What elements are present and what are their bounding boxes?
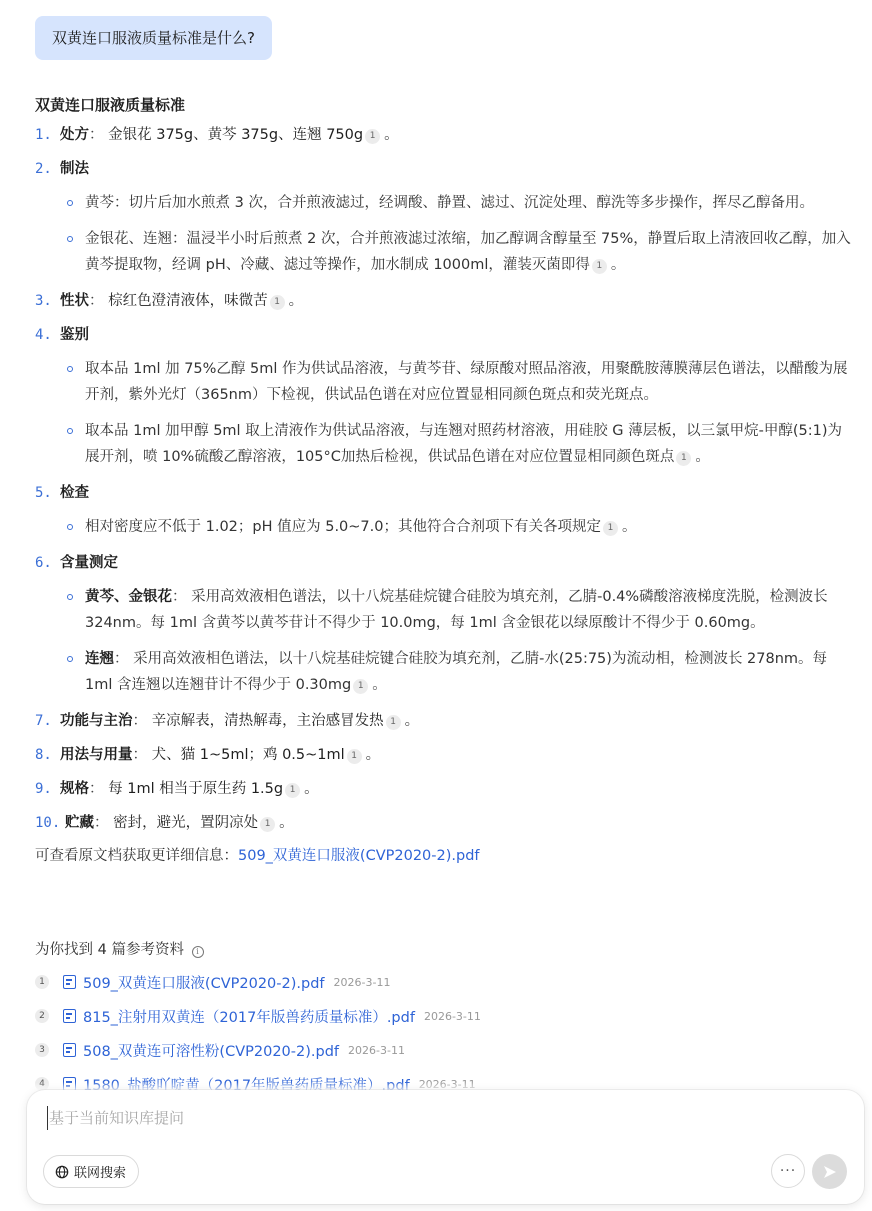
list-item-assay: 6. 含量测定 黄芩、金银花： 采用高效液相色谱法，以十八烷基硅烷键合硅胶为填充…	[35, 552, 855, 698]
separator: ：	[114, 651, 129, 667]
separator: ：	[89, 127, 104, 143]
reference-link[interactable]: 508_双黄连可溶性粉(CVP2020-2).pdf	[83, 1040, 339, 1061]
reference-item[interactable]: 2 815_注射用双黄连（2017年版兽药质量标准）.pdf 2026-3-11	[35, 999, 855, 1033]
sub-list-item: 连翘： 采用高效液相色谱法，以十八烷基硅烷键合硅胶为填充剂，乙腈-水(25:75…	[60, 646, 855, 698]
list-number: 6.	[35, 552, 52, 574]
item-label: 贮藏	[65, 815, 94, 831]
citation-badge[interactable]: 1	[285, 783, 300, 798]
more-options-button[interactable]: ···	[771, 1154, 805, 1188]
item-label: 制法	[60, 161, 89, 177]
list-number: 3.	[35, 290, 52, 312]
ellipsis-icon: ···	[780, 1163, 796, 1179]
list-number: 4.	[35, 324, 52, 346]
web-search-label: 联网搜索	[74, 1162, 126, 1181]
separator: ：	[89, 781, 104, 797]
citation-badge[interactable]: 1	[260, 817, 275, 832]
sub-item-text: 金银花、连翘：温浸半小时后煎煮 2 次，合并煎液滤过浓缩，加乙醇调含醇量至 75…	[85, 231, 851, 273]
send-icon	[822, 1164, 838, 1180]
list-item-appearance: 3. 性状： 棕红色澄清液体，味微苦1。	[35, 290, 855, 312]
send-button[interactable]	[812, 1154, 847, 1189]
list-item-storage: 10. 贮藏： 密封，避光，置阴凉处1。	[35, 812, 855, 834]
sub-list-item: 取本品 1ml 加 75%乙醇 5ml 作为供试品溶液，与黄芩苷、绿原酸对照品溶…	[60, 356, 855, 408]
list-number: 5.	[35, 482, 52, 504]
list-item-identification: 4. 鉴别 取本品 1ml 加 75%乙醇 5ml 作为供试品溶液，与黄芩苷、绿…	[35, 324, 855, 470]
list-item-preparation: 2. 制法 黄芩：切片后加水煎煮 3 次，合并煎液滤过，经调酸、静置、滤过、沉淀…	[35, 158, 855, 278]
separator: ：	[133, 713, 148, 729]
separator: ：	[133, 747, 148, 763]
citation-badge[interactable]: 1	[676, 451, 691, 466]
sub-list-item: 黄芩、金银花： 采用高效液相色谱法，以十八烷基硅烷键合硅胶为填充剂，乙腈-0.4…	[60, 584, 855, 636]
reference-link[interactable]: 815_注射用双黄连（2017年版兽药质量标准）.pdf	[83, 1006, 415, 1027]
chat-composer: 联网搜索 ···	[27, 1090, 864, 1204]
item-label: 检查	[60, 485, 89, 501]
answer-content: 双黄连口服液质量标准 1. 处方： 金银花 375g、黄芩 375g、连翘 75…	[35, 92, 855, 868]
punctuation: 。	[366, 747, 381, 763]
item-text: 犬、猫 1~5ml；鸡 0.5~1ml	[152, 747, 345, 763]
source-prefix: 可查看原文档获取更详细信息：	[35, 848, 238, 864]
bullet-icon	[67, 656, 73, 662]
sub-list-item: 取本品 1ml 加甲醇 5ml 取上清液作为供试品溶液，与连翘对照药材溶液，用硅…	[60, 418, 855, 470]
punctuation: 。	[695, 449, 710, 465]
list-item-specification: 9. 规格： 每 1ml 相当于原生药 1.5g1。	[35, 778, 855, 800]
list-item-inspection: 5. 检查 相对密度应不低于 1.02；pH 值应为 5.0~7.0；其他符合合…	[35, 482, 855, 540]
item-text: 辛凉解表，清热解毒，主治感冒发热	[152, 713, 384, 729]
item-text: 密封，避光，置阴凉处	[113, 815, 258, 831]
list-number: 10.	[35, 812, 60, 834]
citation-badge[interactable]: 1	[603, 521, 618, 536]
punctuation: 。	[372, 677, 387, 693]
sub-item-text: 取本品 1ml 加 75%乙醇 5ml 作为供试品溶液，与黄芩苷、绿原酸对照品溶…	[85, 361, 848, 403]
sub-list-item: 金银花、连翘：温浸半小时后煎煮 2 次，合并煎液滤过浓缩，加乙醇调含醇量至 75…	[60, 226, 855, 278]
bullet-icon	[67, 366, 73, 372]
bullet-icon	[67, 524, 73, 530]
references-title-text: 为你找到 4 篇参考资料	[35, 942, 184, 958]
citation-badge[interactable]: 1	[386, 715, 401, 730]
bullet-icon	[67, 236, 73, 242]
sub-item-label: 连翘	[85, 651, 114, 667]
punctuation: 。	[405, 713, 420, 729]
list-number: 8.	[35, 744, 52, 766]
list-number: 9.	[35, 778, 52, 800]
answer-title: 双黄连口服液质量标准	[35, 92, 855, 118]
reference-date: 2026-3-11	[348, 1044, 405, 1057]
citation-badge[interactable]: 1	[347, 749, 362, 764]
reference-date: 2026-3-11	[424, 1010, 481, 1023]
user-question-bubble: 双黄连口服液质量标准是什么?	[35, 16, 272, 60]
reference-index: 1	[35, 975, 49, 989]
references-section: 为你找到 4 篇参考资料 i 1 509_双黄连口服液(CVP2020-2).p…	[35, 938, 855, 1101]
sub-list-item: 黄芩：切片后加水煎煮 3 次，合并煎液滤过，经调酸、静置、滤过、沉淀处理、醇洗等…	[60, 190, 855, 216]
list-number: 1.	[35, 124, 52, 146]
sub-item-text: 采用高效液相色谱法，以十八烷基硅烷键合硅胶为填充剂，乙腈-水(25:75)为流动…	[85, 651, 827, 693]
question-input[interactable]	[47, 1106, 747, 1130]
reference-link[interactable]: 509_双黄连口服液(CVP2020-2).pdf	[83, 972, 325, 993]
punctuation: 。	[304, 781, 319, 797]
reference-index: 3	[35, 1043, 49, 1057]
reference-item[interactable]: 1 509_双黄连口服液(CVP2020-2).pdf 2026-3-11	[35, 965, 855, 999]
reference-date: 2026-3-11	[334, 976, 391, 989]
item-label: 功能与主治	[60, 713, 133, 729]
source-document-link[interactable]: 509_双黄连口服液(CVP2020-2).pdf	[238, 848, 480, 864]
item-label: 用法与用量	[60, 747, 133, 763]
citation-badge[interactable]: 1	[353, 679, 368, 694]
item-text: 金银花 375g、黄芩 375g、连翘 750g	[108, 127, 363, 143]
list-item-indications: 7. 功能与主治： 辛凉解表，清热解毒，主治感冒发热1。	[35, 710, 855, 732]
citation-badge[interactable]: 1	[592, 259, 607, 274]
source-document-line: 可查看原文档获取更详细信息：509_双黄连口服液(CVP2020-2).pdf	[35, 844, 855, 868]
list-item-prescription: 1. 处方： 金银花 375g、黄芩 375g、连翘 750g1。	[35, 124, 855, 146]
info-icon[interactable]: i	[192, 946, 204, 958]
bullet-icon	[67, 200, 73, 206]
punctuation: 。	[622, 519, 637, 535]
separator: ：	[89, 293, 104, 309]
sub-item-text: 采用高效液相色谱法，以十八烷基硅烷键合硅胶为填充剂，乙腈-0.4%磷酸溶液梯度洗…	[85, 589, 828, 631]
punctuation: 。	[384, 127, 399, 143]
sub-item-label: 黄芩、金银花	[85, 589, 172, 605]
item-label: 处方	[60, 127, 89, 143]
user-question-text: 双黄连口服液质量标准是什么?	[52, 29, 255, 47]
item-label: 性状	[60, 293, 89, 309]
punctuation: 。	[611, 257, 626, 273]
punctuation: 。	[279, 815, 294, 831]
item-label: 规格	[60, 781, 89, 797]
citation-badge[interactable]: 1	[365, 129, 380, 144]
item-text: 每 1ml 相当于原生药 1.5g	[108, 781, 283, 797]
document-icon	[63, 1043, 76, 1057]
item-label: 鉴别	[60, 327, 89, 343]
list-item-dosage: 8. 用法与用量： 犬、猫 1~5ml；鸡 0.5~1ml1。	[35, 744, 855, 766]
references-title: 为你找到 4 篇参考资料 i	[35, 938, 855, 962]
sub-item-text: 黄芩：切片后加水煎煮 3 次，合并煎液滤过，经调酸、静置、滤过、沉淀处理、醇洗等…	[85, 195, 814, 211]
list-number: 2.	[35, 158, 52, 180]
web-search-button[interactable]: 联网搜索	[43, 1155, 139, 1188]
sub-item-text: 取本品 1ml 加甲醇 5ml 取上清液作为供试品溶液，与连翘对照药材溶液，用硅…	[85, 423, 842, 465]
separator: ：	[94, 815, 109, 831]
document-icon	[63, 975, 76, 989]
sub-list-item: 相对密度应不低于 1.02；pH 值应为 5.0~7.0；其他符合合剂项下有关各…	[60, 514, 855, 540]
item-label: 含量测定	[60, 555, 118, 571]
reference-index: 2	[35, 1009, 49, 1023]
list-number: 7.	[35, 710, 52, 732]
separator: ：	[172, 589, 187, 605]
reference-item[interactable]: 3 508_双黄连可溶性粉(CVP2020-2).pdf 2026-3-11	[35, 1033, 855, 1067]
bullet-icon	[67, 428, 73, 434]
document-icon	[63, 1009, 76, 1023]
punctuation: 。	[289, 293, 304, 309]
item-text: 棕红色澄清液体，味微苦	[108, 293, 268, 309]
globe-icon	[55, 1165, 69, 1179]
citation-badge[interactable]: 1	[270, 295, 285, 310]
bullet-icon	[67, 594, 73, 600]
sub-item-text: 相对密度应不低于 1.02；pH 值应为 5.0~7.0；其他符合合剂项下有关各…	[85, 519, 601, 535]
